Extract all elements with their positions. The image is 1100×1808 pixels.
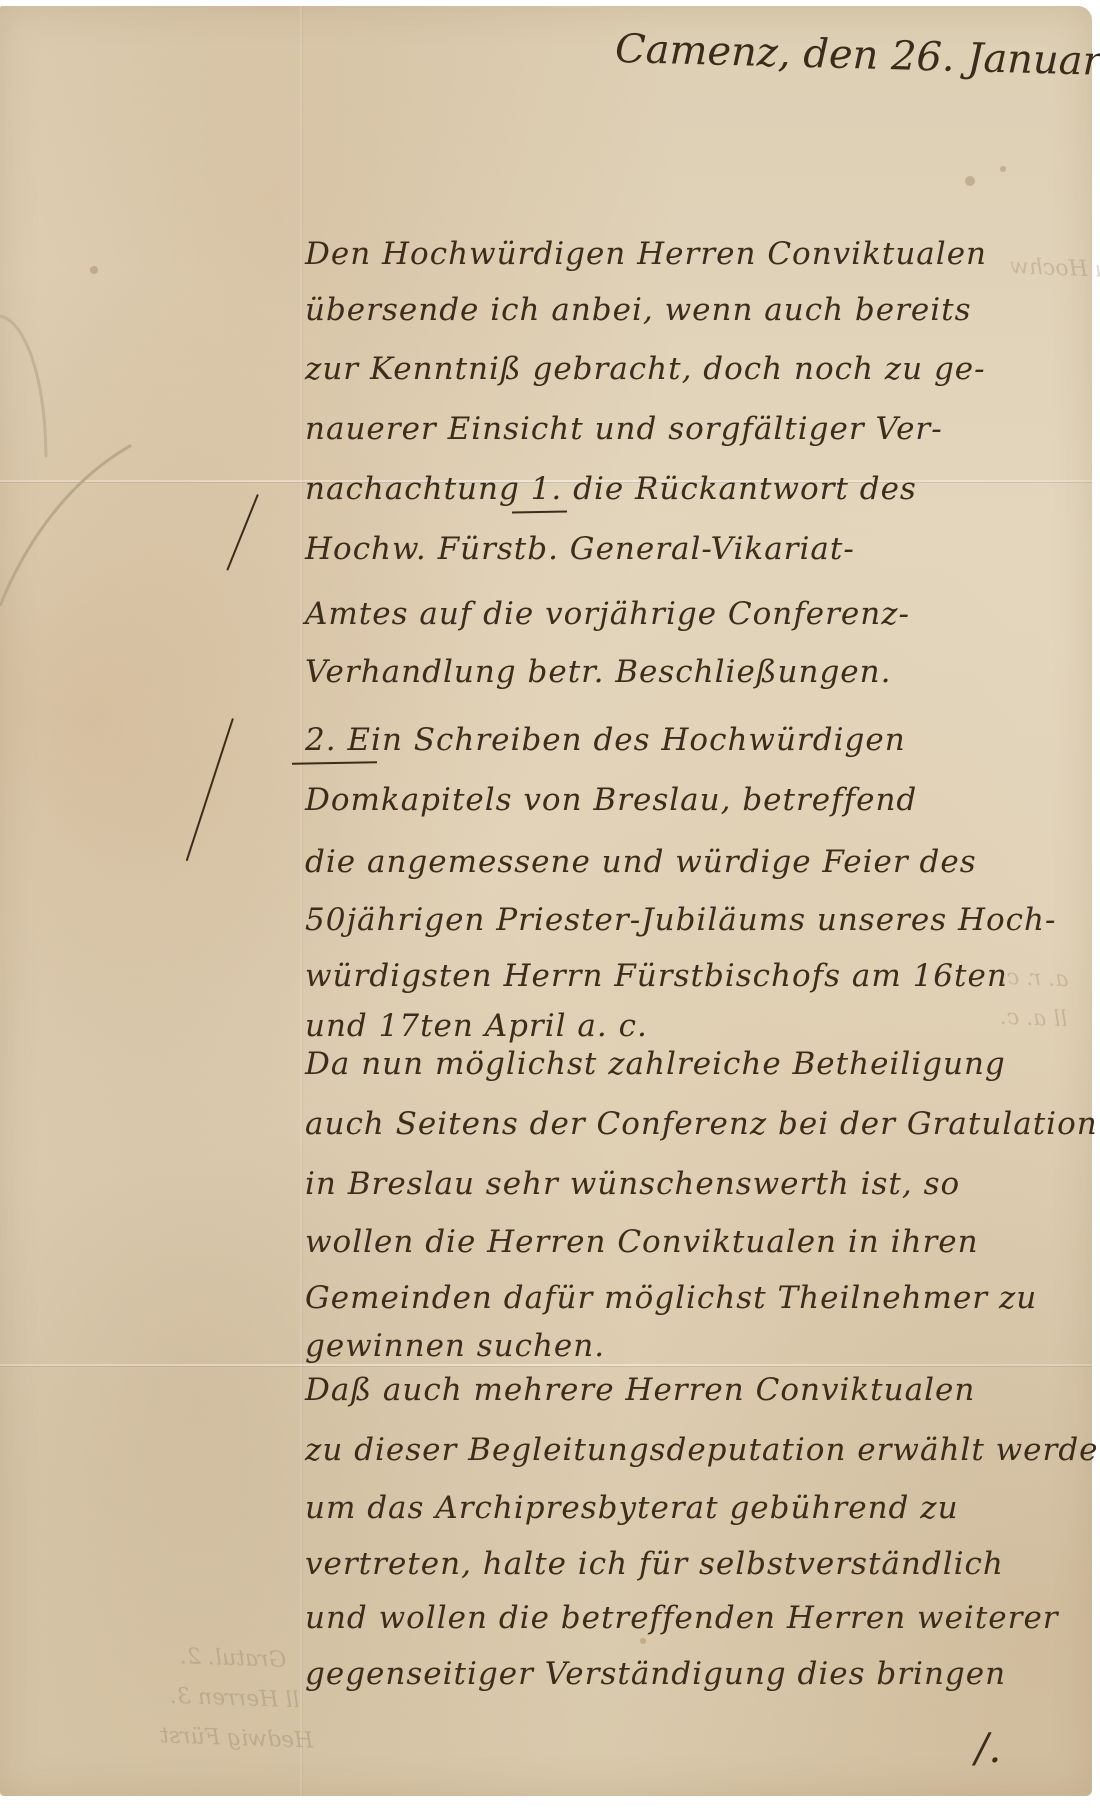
foxing-spot xyxy=(640,1638,646,1644)
body-line: Amtes auf die vorjährige Conferenz- xyxy=(305,596,910,632)
body-line: gegenseitiger Verständigung dies bringen xyxy=(305,1656,1006,1692)
body-line: übersende ich anbei, wenn auch bereits xyxy=(305,292,972,328)
letter-page: u Hochw a. r. c. ll a. c. Gratul. 2. ll … xyxy=(0,6,1092,1796)
body-line: gewinnen suchen. xyxy=(305,1328,605,1364)
body-line: wollen die Herren Conviktualen in ihren xyxy=(305,1224,979,1260)
bleed-through-text: ll a. c. xyxy=(1000,1005,1068,1032)
closing-mark: /. xyxy=(975,1726,1001,1772)
body-line: in Breslau sehr wünschenswerth ist, so xyxy=(305,1166,960,1202)
body-line: und wollen die betreffenden Herren weite… xyxy=(305,1600,1059,1636)
body-line: Domkapitels von Breslau, betreffend xyxy=(305,782,917,818)
body-line: Gemeinden dafür möglichst Theilnehmer zu xyxy=(305,1280,1037,1316)
body-line: nachachtung 1. die Rückantwort des xyxy=(305,471,917,507)
fold-line-horizontal xyxy=(0,1364,1092,1366)
underline-item2 xyxy=(292,761,377,764)
body-line: und 17ten April a. c. xyxy=(305,1008,648,1044)
body-line: die angemessene und würdige Feier des xyxy=(305,844,977,880)
foxing-spot xyxy=(90,266,98,274)
body-line: zur Kenntniß gebracht, doch noch zu ge- xyxy=(305,351,986,387)
bleed-through-text: u Hochw xyxy=(1010,254,1100,282)
body-line: 50jährigen Priester-Jubiläums unseres Ho… xyxy=(305,902,1056,938)
place-date-line: Camenz, den 26. Januar 1875. xyxy=(615,26,1100,88)
binding-thread xyxy=(0,286,140,606)
margin-mark-item1 xyxy=(226,494,259,571)
body-line: nauerer Einsicht und sorgfältiger Ver- xyxy=(305,411,943,447)
body-line: würdigsten Herrn Fürstbischofs am 16ten xyxy=(305,958,1008,994)
body-line: Daß auch mehrere Herren Conviktualen xyxy=(305,1372,975,1408)
bleed-through-text: Gratul. 2. xyxy=(180,1644,287,1673)
foxing-spot xyxy=(1000,166,1006,172)
bleed-through-text: Hedwig Fürst xyxy=(160,1723,314,1753)
body-line: Da nun möglichst zahlreiche Betheiligung xyxy=(305,1046,1006,1082)
bleed-through-text: a. r. c. xyxy=(1000,965,1069,992)
underline-item1 xyxy=(512,511,567,514)
body-line: zu dieser Begleitungsdeputation erwählt … xyxy=(305,1432,1100,1468)
body-line: vertreten, halte ich für selbstverständl… xyxy=(305,1546,1004,1582)
fold-line-vertical xyxy=(300,6,302,1796)
foxing-spot xyxy=(965,176,975,186)
body-line: Hochw. Fürstb. General-Vikariat- xyxy=(305,531,855,567)
margin-mark-item2 xyxy=(186,718,234,861)
body-line: auch Seitens der Conferenz bei der Gratu… xyxy=(305,1106,1098,1142)
body-line: Verhandlung betr. Beschließungen. xyxy=(305,654,891,690)
body-line: um das Archipresbyterat gebührend zu xyxy=(305,1490,959,1526)
body-line: Den Hochwürdigen Herren Conviktualen xyxy=(305,236,987,272)
bleed-through-text: ll Herren 3. xyxy=(170,1684,300,1714)
body-line: 2. Ein Schreiben des Hochwürdigen xyxy=(305,722,906,758)
